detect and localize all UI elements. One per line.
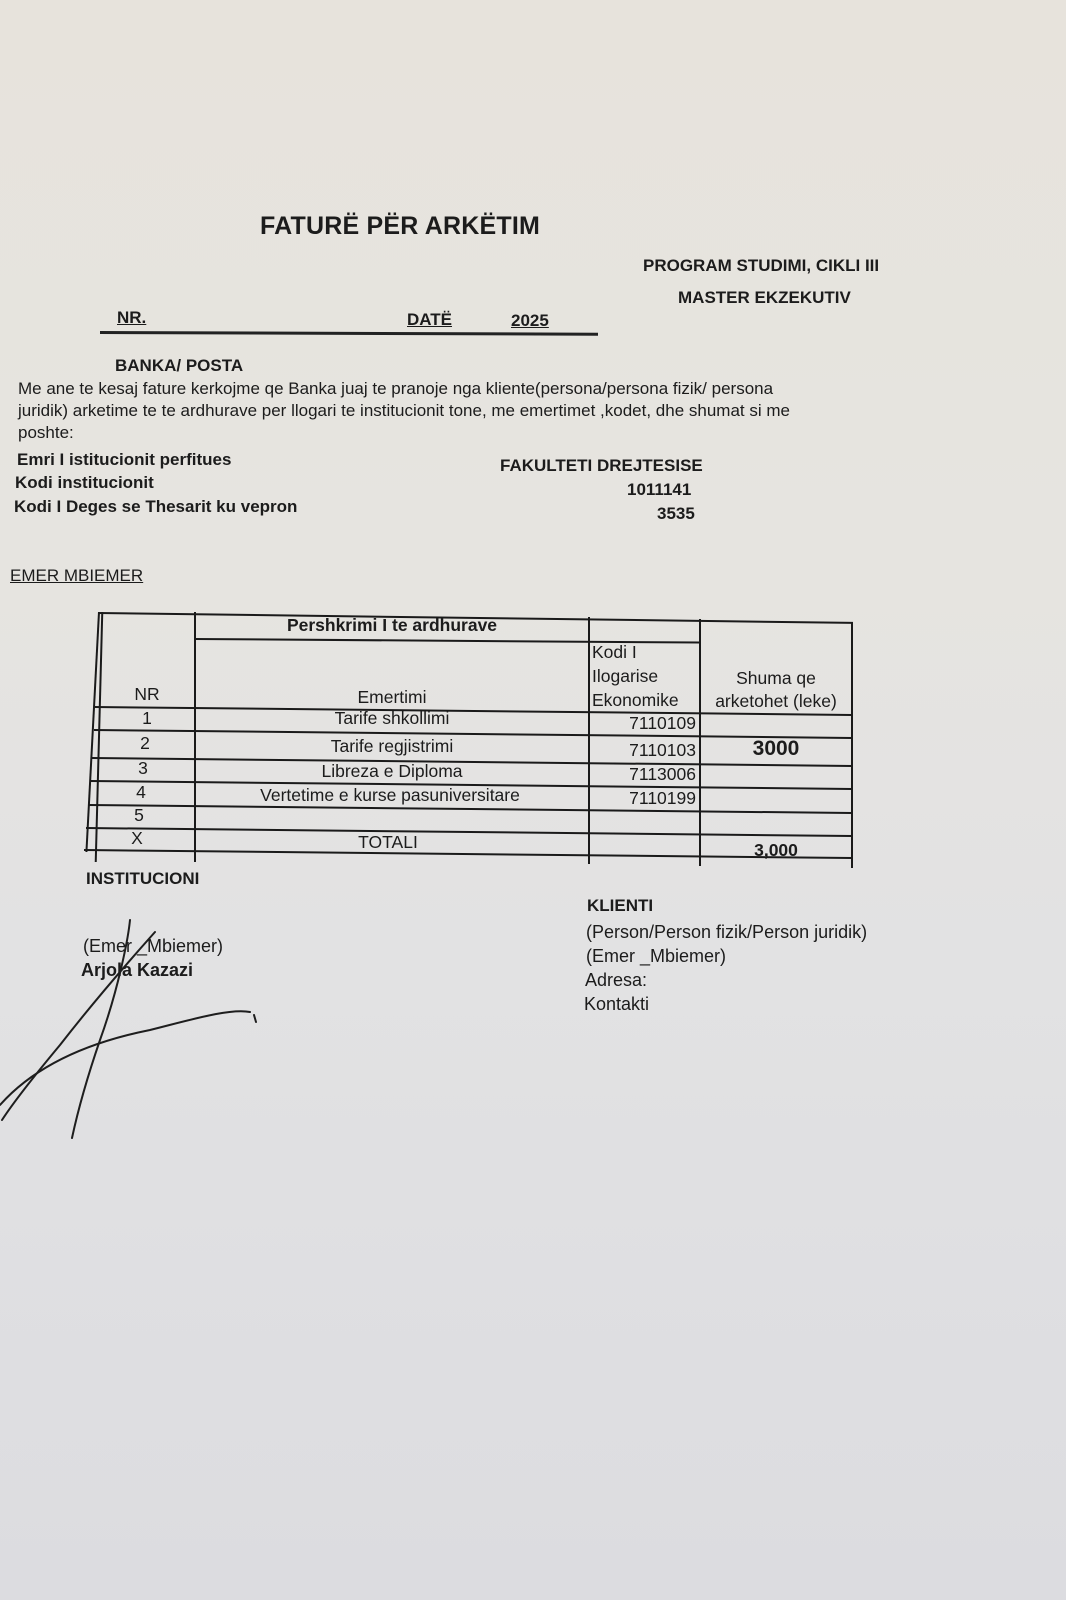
row-name: Libreza e Diploma [196, 761, 588, 782]
row-name: Vertetime e kurse pasuniversitare [194, 785, 586, 806]
institution-code-value: 1011141 [627, 480, 691, 500]
row-nr: 3 [96, 758, 190, 779]
client-heading: KLIENTI [587, 896, 653, 916]
client-address-label: Adresa: [585, 970, 647, 991]
treasury-branch-label: Kodi I Deges se Thesarit ku vepron [14, 497, 297, 517]
total-label: TOTALI [192, 832, 584, 853]
institution-name-label: Emri I istitucionit perfitues [17, 450, 231, 470]
header-divider [100, 331, 598, 336]
total-nr: X [90, 828, 184, 849]
client-contact-label: Kontakti [584, 994, 649, 1015]
institution-code-label: Kodi institucionit [15, 473, 154, 493]
header-group: Pershkrimi I te ardhurave [196, 615, 588, 636]
program-line-2: MASTER EKZEKUTIV [678, 288, 851, 308]
client-name-label: EMER MBIEMER [10, 566, 143, 586]
col-code-line2: Ilogarise [592, 666, 658, 687]
col-nr: NR [100, 684, 194, 705]
institution-name-hint: (Emer _Mbiemer) [83, 936, 223, 957]
client-name-hint: (Emer _Mbiemer) [586, 946, 726, 967]
row-nr: 4 [94, 782, 188, 803]
date-label: DATË [407, 310, 452, 330]
row-code: 7110199 [590, 788, 696, 809]
client-type-hint: (Person/Person fizik/Person juridik) [586, 922, 867, 943]
col-code-line3: Ekonomike [592, 690, 679, 711]
institution-signer: Arjola Kazazi [81, 960, 193, 981]
institution-heading: INSTITUCIONI [86, 869, 199, 889]
row-nr: 1 [100, 708, 194, 729]
revenue-table: Pershkrimi I te ardhurave NR Emertimi Ko… [84, 612, 853, 872]
row-code: 7110109 [590, 713, 696, 734]
bank-label: BANKA/ POSTA [115, 356, 243, 376]
row-nr: 5 [92, 805, 186, 826]
intro-paragraph: Me ane te kesaj fature kerkojme qe Banka… [18, 378, 818, 444]
document-title: FATURË PËR ARKËTIM [260, 212, 540, 241]
row-amount: 3000 [701, 737, 851, 761]
col-code-line1: Kodi I [592, 642, 637, 663]
row-name: Tarife shkollimi [196, 708, 588, 729]
col-amount-line2: arketohet (leke) [701, 691, 851, 712]
institution-name-value: FAKULTETI DREJTESISE [500, 456, 703, 476]
row-name: Tarife regjistrimi [196, 736, 588, 757]
invoice-page: FATURË PËR ARKËTIM PROGRAM STUDIMI, CIKL… [0, 0, 1066, 1600]
treasury-branch-value: 3535 [657, 504, 695, 524]
invoice-number-label: NR. [117, 308, 146, 328]
row-code: 7110103 [590, 740, 696, 761]
row-nr: 2 [98, 733, 192, 754]
col-name: Emertimi [196, 687, 588, 708]
row-code: 7113006 [590, 764, 696, 785]
col-amount-line1: Shuma qe [701, 668, 851, 689]
program-line-1: PROGRAM STUDIMI, CIKLI III [643, 256, 879, 276]
date-year: 2025 [511, 311, 549, 331]
total-amount: 3,000 [701, 840, 851, 861]
